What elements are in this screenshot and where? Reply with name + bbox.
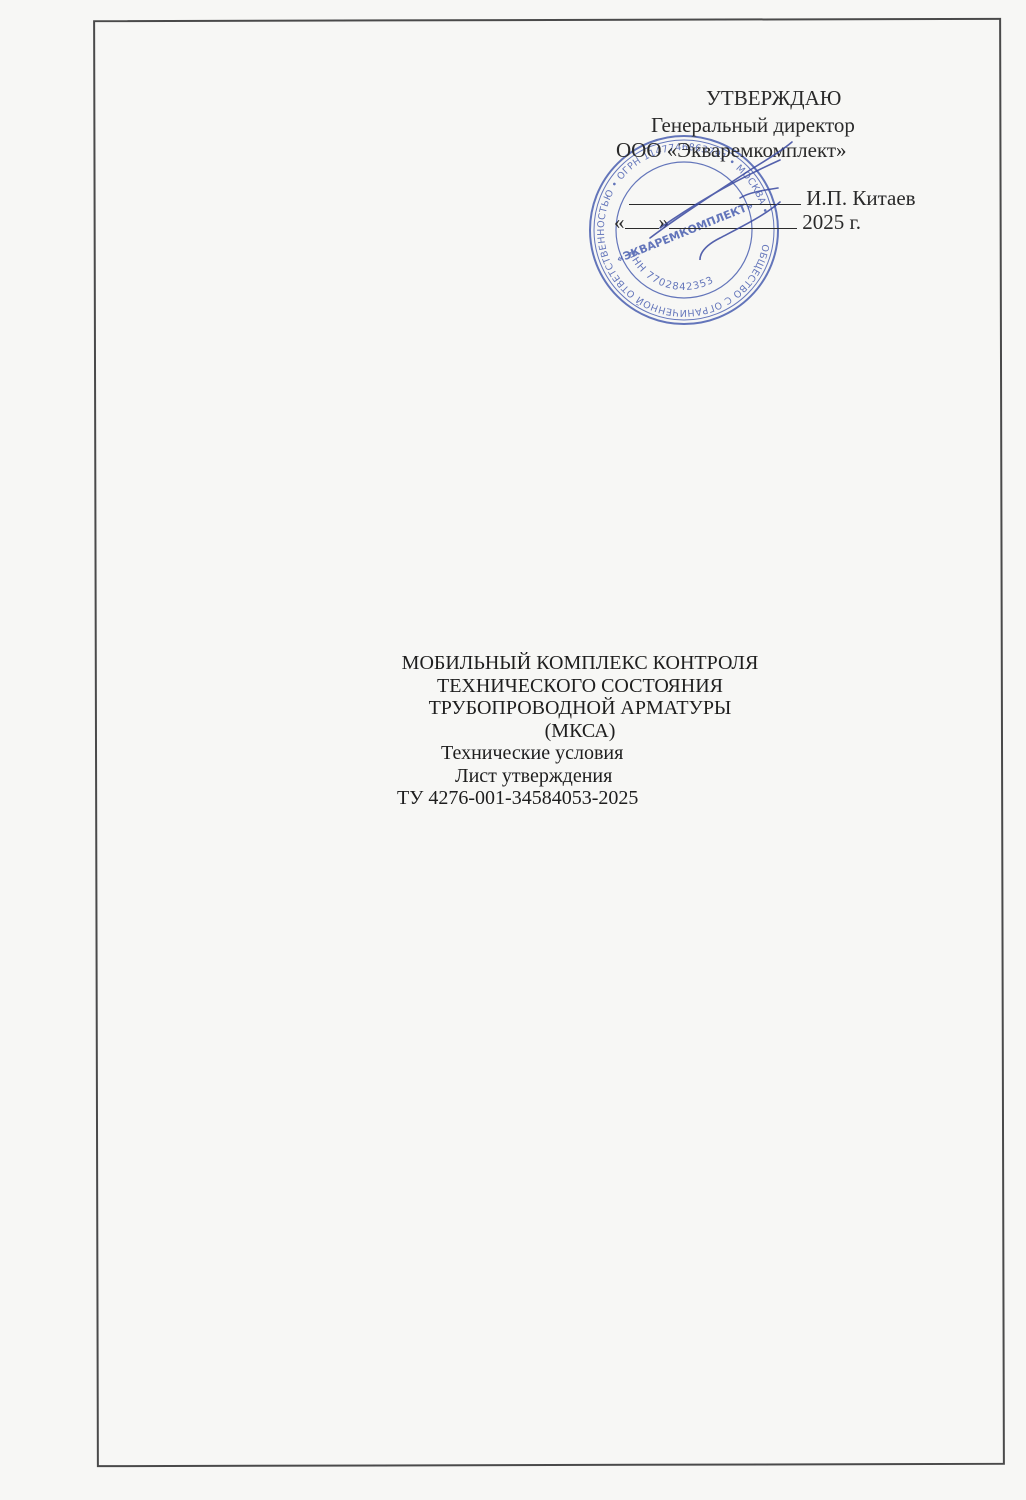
approval-year: 2025 г. (802, 210, 861, 234)
title-abbreviation: (МКСА) (330, 720, 830, 743)
document-type: Технические условия (441, 742, 941, 765)
handwritten-signature (640, 120, 800, 260)
title-line-2: ТЕХНИЧЕСКОГО СОСТОЯНИЯ (330, 675, 830, 698)
title-line-3: ТРУБОПРОВОДНОЙ АРМАТУРЫ (330, 697, 830, 720)
title-line-1: МОБИЛЬНЫЙ КОМПЛЕКС КОНТРОЛЯ (330, 652, 830, 675)
document-code: ТУ 4276-001-34584053-2025 (397, 787, 897, 810)
date-open-quote: « (614, 210, 625, 234)
approval-heading: УТВЕРЖДАЮ (706, 86, 841, 110)
document-title-block: МОБИЛЬНЫЙ КОМПЛЕКС КОНТРОЛЯ ТЕХНИЧЕСКОГО… (330, 652, 830, 810)
signatory-name: И.П. Китаев (806, 186, 915, 210)
sheet-name: Лист утверждения (455, 765, 955, 788)
